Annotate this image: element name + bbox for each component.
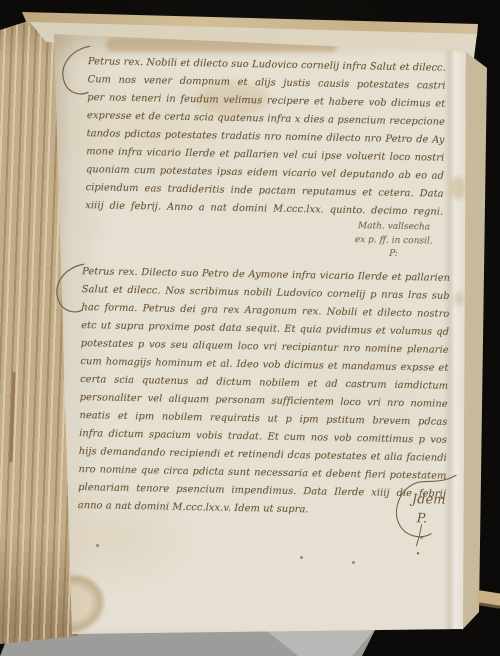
- signature-initial: P.: [416, 511, 428, 526]
- handwritten-text-layer: Petrus rex. Nobili et dilecto suo Ludovi…: [0, 0, 500, 656]
- signature-dot: [417, 552, 419, 554]
- signature-word: Jdem: [409, 492, 446, 508]
- notarial-signature-mark: Jdem P.: [385, 472, 461, 559]
- registration-note-line: P:: [326, 247, 460, 263]
- letter-entry-1: Petrus rex. Nobili et dilecto suo Ludovi…: [85, 53, 446, 222]
- manuscript-photo: Petrus rex. Nobili et dilecto suo Ludovi…: [0, 0, 500, 656]
- chancery-registration-note: Math. vallsecha ex p. ff. in consil. P:: [326, 220, 461, 263]
- signature-descender: [416, 524, 421, 546]
